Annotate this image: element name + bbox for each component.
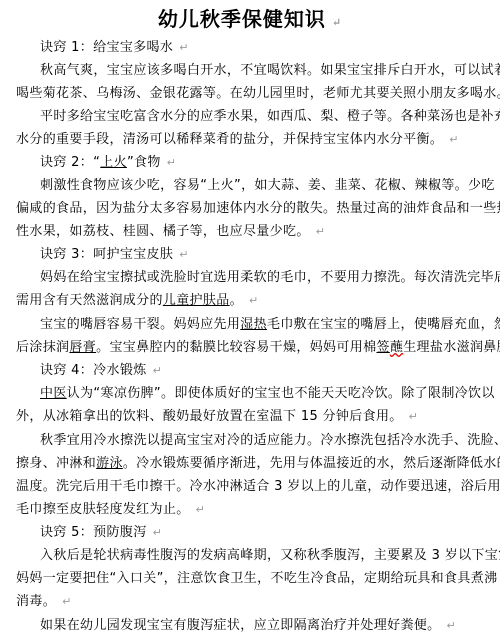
- text-line: 诀窍 1：给宝宝多喝水↵: [40, 40, 189, 56]
- text-line: 性水果，如荔枝、桂圆、橘子等，也应尽量少吃。↵: [16, 224, 325, 240]
- text-segment: 擦身、冲淋和: [16, 456, 96, 471]
- text-line: 擦身、冲淋和游泳。冷水锻炼要循序渐进，先用与体温接近的水，然后逐渐降低水的: [16, 456, 500, 472]
- text-line: 秋高气爽，宝宝应该多喝白开水，不宜喝饮料。如果宝宝排斥白开水，可以试着: [40, 63, 500, 79]
- text-line: 宝宝的嘴唇容易干裂。妈妈应先用湿热毛巾敷在宝宝的嘴唇上，使嘴唇充血，然: [40, 317, 500, 333]
- paragraph-mark-icon: ↵: [316, 225, 326, 238]
- text-line: 平时多给宝宝吃富含水分的应季水果，如西瓜、梨、橙子等。各种菜汤也是补充: [40, 109, 500, 125]
- text-segment: 秋高气爽，宝宝应该多喝白开水，不宜喝饮料。如果宝宝排斥白开水，可以试着: [40, 63, 500, 78]
- text-segment: 偏咸的食品，因为盐分太多容易加速体内水分的散失。热量过高的油炸食品和一些热: [16, 201, 500, 216]
- paragraph-mark-icon: ↵: [179, 41, 189, 54]
- text-line: 如果在幼儿园发现宝宝有腹泻症状，应立即隔离治疗并处理好粪便。↵: [40, 618, 456, 634]
- text-line: 刺激性食物应该少吃，容易“上火”，如大蒜、姜、韭菜、花椒、辣椒等。少吃: [40, 178, 495, 194]
- text-segment: 上火: [100, 155, 127, 170]
- paragraph-mark-icon: ↵: [196, 503, 206, 516]
- text-line: 偏咸的食品，因为盐分太多容易加速体内水分的散失。热量过高的油炸食品和一些热: [16, 201, 500, 217]
- paragraph-mark-icon: ↵: [332, 16, 342, 29]
- text-segment: 诀窍 3：呵护宝宝皮肤: [40, 247, 173, 262]
- paragraph-mark-icon: ↵: [249, 294, 259, 307]
- text-segment: 诀窍 1：给宝宝多喝水: [40, 40, 173, 55]
- text-segment: 蘸: [390, 340, 403, 355]
- paragraph-mark-icon: ↵: [179, 248, 189, 261]
- text-segment: 诀窍 4：冷水锻炼: [40, 363, 147, 378]
- text-segment: 中医: [40, 386, 67, 401]
- text-segment: 认为“寒凉伤脾”。即使体质好的宝宝也不能天天吃冷饮。除了限制冷饮以: [67, 386, 495, 401]
- text-segment: 水分的重要手段，清汤可以稀释菜肴的盐分，并保持宝宝体内水分平衡。: [16, 132, 443, 147]
- text-segment: 喝些菊花茶、乌梅汤、金银花露等。在幼儿园里时，老师尤其要关照小朋友多喝水。: [16, 86, 500, 101]
- text-line: 诀窍 4：冷水锻炼↵: [40, 363, 162, 379]
- text-line: 秋季宜用冷水擦洗以提高宝宝对冷的适应能力。冷水擦洗包括冷水洗手、洗脸、: [40, 433, 500, 449]
- paragraph-mark-icon: ↵: [409, 410, 419, 423]
- text-segment: 毛巾擦至皮肤轻度发红为止。: [16, 502, 190, 517]
- text-line: 妈妈一定要把住“入口关”，注意饮食卫生，不吃生冷食品，定期给玩具和食具煮沸: [16, 571, 497, 587]
- text-line: 后涂抹润唇膏。宝宝鼻腔内的黏膜比较容易干燥，妈妈可用棉签蘸生理盐水滋润鼻腔。↵: [16, 340, 500, 356]
- text-segment: ”食物: [127, 155, 161, 170]
- text-line: 诀窍 5：预防腹泻↵: [40, 525, 162, 541]
- title-text: 幼儿秋季保健知识: [158, 7, 326, 31]
- text-segment: 生理盐水滋润鼻腔。: [403, 340, 500, 355]
- text-segment: 妈妈一定要把住“入口关”，注意饮食卫生，不吃生冷食品，定期给玩具和食具煮沸: [16, 571, 497, 586]
- text-line: 诀窍 2：“上火”食物↵: [40, 155, 176, 171]
- text-segment: 秋季宜用冷水擦洗以提高宝宝对冷的适应能力。冷水擦洗包括冷水洗手、洗脸、: [40, 433, 500, 448]
- text-line: 消毒。↵: [16, 594, 72, 610]
- paragraph-mark-icon: ↵: [153, 364, 163, 377]
- text-line: 温度。洗完后用干毛巾擦干。冷水冲淋适合 3 岁以上的儿童，动作要迅速，浴后用干: [16, 479, 500, 495]
- text-segment: 刺激性食物应该少吃，容易“上火”，如大蒜、姜、韭菜、花椒、辣椒等。少吃: [40, 178, 495, 193]
- text-segment: 宝宝的嘴唇容易干裂。妈妈应先用: [40, 317, 240, 332]
- text-line: 妈妈在给宝宝擦拭或洗脸时宜选用柔软的毛巾，不要用力擦洗。每次清洗完毕后，: [40, 270, 500, 286]
- text-segment: 游泳: [96, 456, 123, 471]
- document-title: 幼儿秋季保健知识↵: [0, 6, 500, 36]
- text-segment: 唇膏: [69, 340, 96, 355]
- text-segment: 温度。洗完后用干毛巾擦干。冷水冲淋适合 3 岁以上的儿童，动作要迅速，浴后用干: [16, 479, 500, 494]
- text-segment: 性水果，如荔枝、桂圆、橘子等，也应尽量少吃。: [16, 224, 310, 239]
- text-line: 诀窍 3：呵护宝宝皮肤↵: [40, 247, 189, 263]
- text-segment: 毛巾敷在宝宝的嘴唇上，使嘴唇充血，然: [267, 317, 500, 332]
- text-segment: 需用含有天然滋润成分的: [16, 293, 163, 308]
- text-segment: 湿热: [240, 317, 267, 332]
- paragraph-mark-icon: ↵: [449, 133, 459, 146]
- text-line: 水分的重要手段，清汤可以稀释菜肴的盐分，并保持宝宝体内水分平衡。↵: [16, 132, 459, 148]
- text-segment: 。: [230, 293, 243, 308]
- text-line: 需用含有天然滋润成分的儿童护肤品。↵: [16, 293, 259, 309]
- paragraph-mark-icon: ↵: [167, 156, 177, 169]
- text-line: 毛巾擦至皮肤轻度发红为止。↵: [16, 502, 205, 518]
- text-segment: 妈妈在给宝宝擦拭或洗脸时宜选用柔软的毛巾，不要用力擦洗。每次清洗完毕后，: [40, 270, 500, 285]
- text-segment: 如果在幼儿园发现宝宝有腹泻症状，应立即隔离治疗并处理好粪便。: [40, 618, 441, 633]
- text-line: 喝些菊花茶、乌梅汤、金银花露等。在幼儿园里时，老师尤其要关照小朋友多喝水。↵: [16, 86, 500, 102]
- text-segment: 。宝宝鼻腔内的黏膜比较容易干燥，妈妈可用棉: [96, 340, 376, 355]
- text-line: 外，从冰箱拿出的饮料、酸奶最好放置在室温下 15 分钟后食用。↵: [16, 409, 418, 425]
- paragraph-mark-icon: ↵: [62, 595, 72, 608]
- paragraph-mark-icon: ↵: [447, 619, 457, 632]
- text-segment: 诀窍 2：“: [40, 155, 100, 170]
- paragraph-mark-icon: ↵: [153, 526, 163, 539]
- text-segment: 儿童护肤品: [163, 293, 230, 308]
- text-segment: 。冷水锻炼要循序渐进，先用与体温接近的水，然后逐渐降低水的: [123, 456, 500, 471]
- text-segment: 平时多给宝宝吃富含水分的应季水果，如西瓜、梨、橙子等。各种菜汤也是补充: [40, 109, 500, 124]
- text-segment: 消毒。: [16, 594, 56, 609]
- text-segment: 签: [376, 340, 389, 355]
- text-segment: 诀窍 5：预防腹泻: [40, 525, 147, 540]
- text-segment: 外，从冰箱拿出的饮料、酸奶最好放置在室温下 15 分钟后食用。: [16, 409, 403, 424]
- text-line: 中医认为“寒凉伤脾”。即使体质好的宝宝也不能天天吃冷饮。除了限制冷饮以: [40, 386, 495, 402]
- text-line: 入秋后是轮状病毒性腹泻的发病高峰期，又称秋季腹泻，主要累及 3 岁以下宝宝。: [40, 548, 500, 564]
- text-segment: 入秋后是轮状病毒性腹泻的发病高峰期，又称秋季腹泻，主要累及 3 岁以下宝宝。: [40, 548, 500, 563]
- text-segment: 后涂抹润: [16, 340, 69, 355]
